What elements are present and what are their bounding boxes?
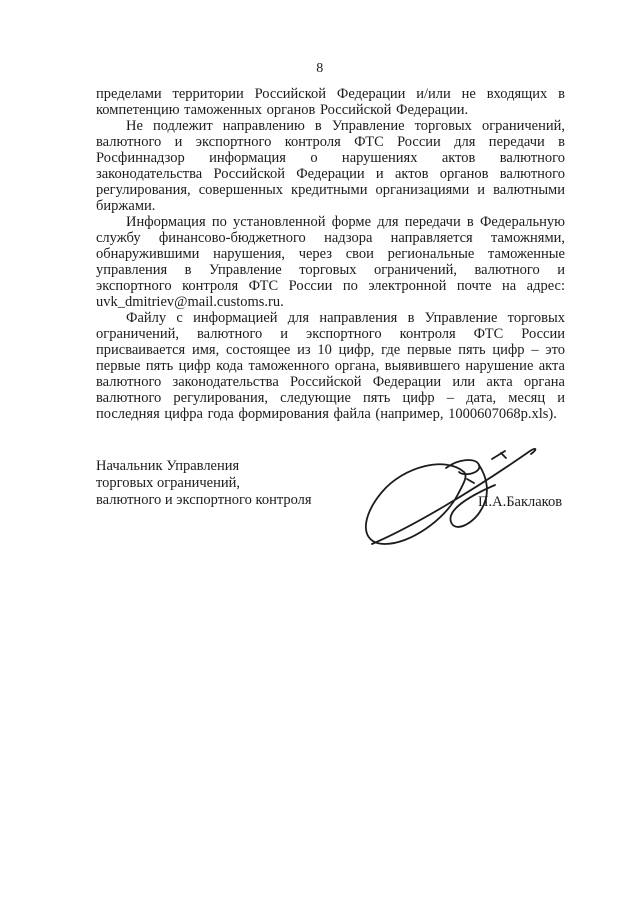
paragraph: Информация по установленной форме для пе… <box>96 214 565 310</box>
paragraph: Не подлежит направлению в Управление тор… <box>96 118 565 214</box>
document-page: 8 пределами территории Российской Федера… <box>0 0 640 900</box>
signatory-name: П.А.Баклаков <box>478 494 562 511</box>
signatory-position-line: торговых ограничений, <box>96 475 356 492</box>
paragraph-continuation: пределами территории Российской Федераци… <box>96 86 565 118</box>
signature-scribble-icon <box>352 434 574 552</box>
page-number: 8 <box>0 61 640 77</box>
signature-block: Начальник Управления торговых ограничени… <box>96 458 356 509</box>
signatory-position-line: Начальник Управления <box>96 458 356 475</box>
document-body: пределами территории Российской Федераци… <box>96 86 565 422</box>
paragraph: Файлу с информацией для направления в Уп… <box>96 310 565 422</box>
signatory-position-line: валютного и экспортного контроля <box>96 492 356 509</box>
